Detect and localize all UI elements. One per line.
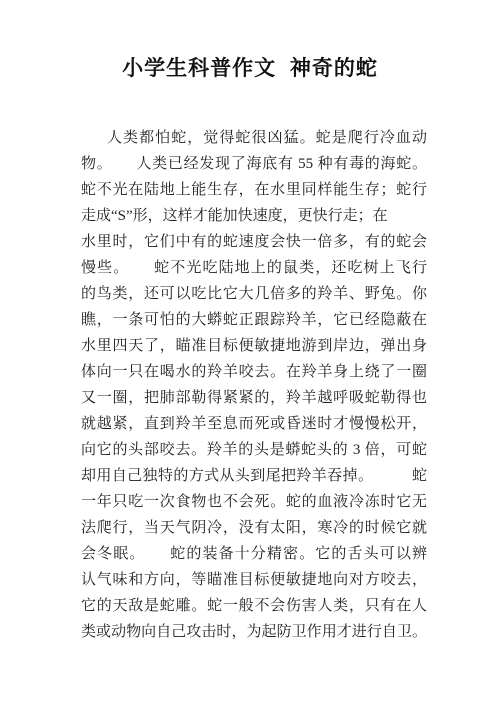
text-line: 认气味和方向，等瞄准目标便敏捷地向对方咬去， xyxy=(81,567,427,593)
essay-body: 人类都怕蛇，觉得蛇很凶猛。蛇是爬行冷血动 物。 人类已经发现了海底有 55 种有… xyxy=(81,125,427,645)
text-line: 人类都怕蛇，觉得蛇很凶猛。蛇是爬行冷血动 xyxy=(81,125,427,151)
text-line: 法爬行，当天气阴冷，没有太阳，寒冷的时候它就 xyxy=(81,515,427,541)
text-line: 的鸟类，还可以吃比它大几倍多的羚羊、野兔。你 xyxy=(81,281,427,307)
text-line: 物。 人类已经发现了海底有 55 种有毒的海蛇。 xyxy=(81,151,427,177)
text-line: 类或动物向自己攻击时，为起防卫作用才进行自卫。 xyxy=(81,619,427,645)
text-line: 走成“S”形，这样才能加快速度，更快行走；在 xyxy=(81,203,427,229)
text-line: 会冬眠。 蛇的装备十分精密。它的舌头可以辨 xyxy=(81,541,427,567)
text-line: 它的天敌是蛇雕。蛇一般不会伤害人类，只有在人 xyxy=(81,593,427,619)
text-line: 水里时，它们中有的蛇速度会快一倍多，有的蛇会 xyxy=(81,229,427,255)
text-line: 蛇不光在陆地上能生存，在水里同样能生存；蛇行 xyxy=(81,177,427,203)
text-line: 瞧，一条可怕的大蟒蛇正跟踪羚羊，它已经隐蔽在 xyxy=(81,307,427,333)
document-page: 小学生科普作文 神奇的蛇 人类都怕蛇，觉得蛇很凶猛。蛇是爬行冷血动 物。 人类已… xyxy=(0,0,500,707)
text-line: 慢些。 蛇不光吃陆地上的鼠类，还吃树上飞行 xyxy=(81,255,427,281)
text-line: 又一圈，把肺部勒得紧紧的，羚羊越呼吸蛇勒得也 xyxy=(81,385,427,411)
text-line: 水里四天了，瞄准目标便敏捷地游到岸边，弹出身 xyxy=(81,333,427,359)
text-line: 向它的头部咬去。羚羊的头是蟒蛇头的 3 倍，可蛇 xyxy=(81,437,427,463)
text-line: 却用自己独特的方式从头到尾把羚羊吞掉。 蛇 xyxy=(81,463,427,489)
text-line: 体向一只在喝水的羚羊咬去。在羚羊身上绕了一圈 xyxy=(81,359,427,385)
text-line: 就越紧，直到羚羊至息而死或昏迷时才慢慢松开， xyxy=(81,411,427,437)
text-line: 一年只吃一次食物也不会死。蛇的血液冷冻时它无 xyxy=(81,489,427,515)
document-title: 小学生科普作文 神奇的蛇 xyxy=(0,0,500,81)
